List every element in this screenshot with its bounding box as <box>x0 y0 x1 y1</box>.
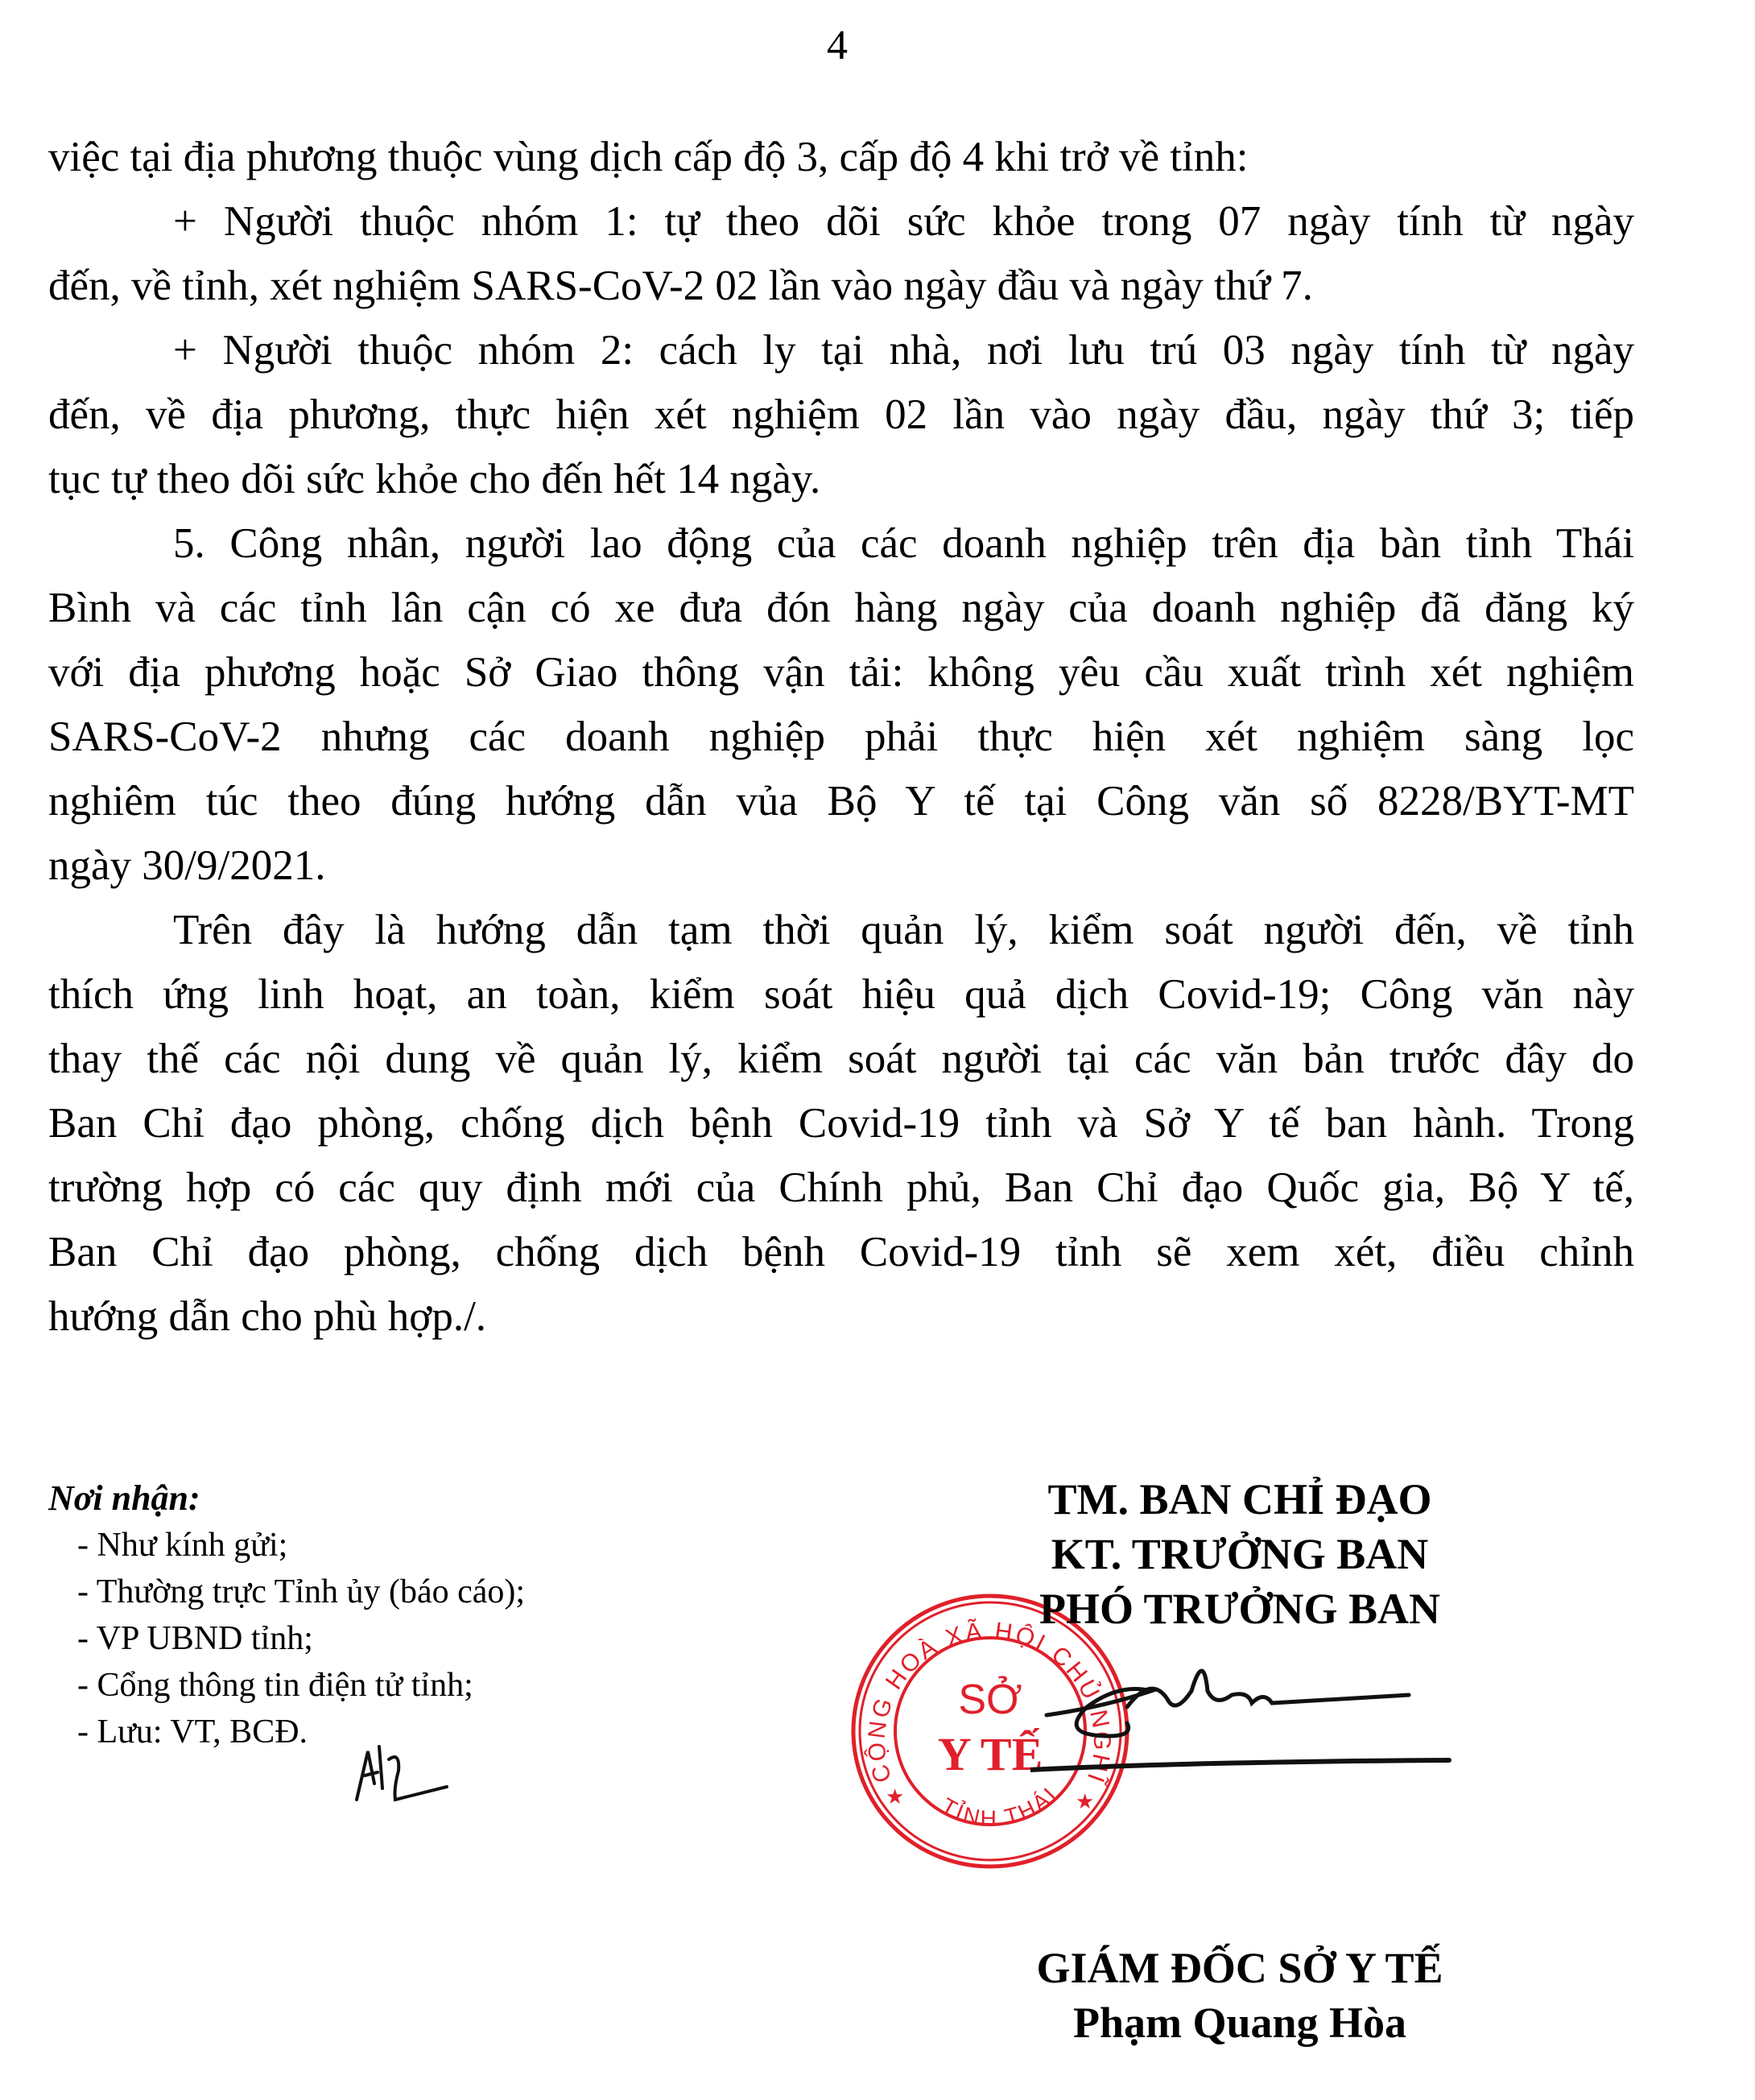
body-line: đến, về địa phương, thực hiện xét nghiệm… <box>48 382 1634 447</box>
signer-capacity: KT. TRƯỞNG BAN <box>950 1527 1530 1581</box>
recipient-item: - Cổng thông tin điện tử tỉnh; <box>48 1662 525 1709</box>
body-line: Ban Chỉ đạo phòng, chống dịch bệnh Covid… <box>48 1220 1634 1284</box>
body-line: thay thế các nội dung về quản lý, kiểm s… <box>48 1027 1634 1091</box>
body-line: Trên đây là hướng dẫn tạm thời quản lý, … <box>48 898 1634 962</box>
body-line: đến, về tỉnh, xét nghiệm SARS-CoV-2 02 l… <box>48 254 1634 318</box>
signer-position: GIÁM ĐỐC SỞ Y TẾ <box>950 1941 1530 1995</box>
recipient-item: - Như kính gửi; <box>48 1522 525 1569</box>
body-line: thích ứng linh hoạt, an toàn, kiểm soát … <box>48 962 1634 1027</box>
body-line: + Người thuộc nhóm 1: tự theo dõi sức kh… <box>48 189 1634 254</box>
body-line: 5. Công nhân, người lao động của các doa… <box>48 511 1634 576</box>
body-line: Ban Chỉ đạo phòng, chống dịch bệnh Covid… <box>48 1091 1634 1155</box>
body-line: SARS-CoV-2 nhưng các doanh nghiệp phải t… <box>48 705 1634 769</box>
signer-title: PHÓ TRƯỞNG BAN <box>950 1581 1530 1636</box>
signer-org: TM. BAN CHỈ ĐẠO <box>950 1472 1530 1527</box>
body-line: nghiêm túc theo đúng hướng dẫn vủa Bộ Y … <box>48 769 1634 833</box>
document-body: việc tại địa phương thuộc vùng dịch cấp … <box>48 125 1634 1349</box>
recipients-title: Nơi nhận: <box>48 1475 525 1522</box>
body-line: hướng dẫn cho phù hợp./. <box>48 1284 1634 1349</box>
page-number: 4 <box>0 18 1674 74</box>
svg-text:★: ★ <box>886 1784 904 1809</box>
body-line: + Người thuộc nhóm 2: cách ly tại nhà, n… <box>48 318 1634 382</box>
body-line: ngày 30/9/2021. <box>48 833 1634 898</box>
signer-name: Phạm Quang Hòa <box>950 1995 1530 2050</box>
body-line: tục tự theo dõi sức khỏe cho đến hết 14 … <box>48 447 1634 511</box>
recipient-item: - Thường trực Tỉnh ủy (báo cáo); <box>48 1569 525 1615</box>
initials-mark-icon <box>350 1735 455 1808</box>
signature-block: TM. BAN CHỈ ĐẠO KT. TRƯỞNG BAN PHÓ TRƯỞN… <box>950 1472 1530 1636</box>
handwritten-signature-icon <box>1030 1659 1481 1796</box>
body-line: với địa phương hoặc Sở Giao thông vận tả… <box>48 640 1634 705</box>
recipients-block: Nơi nhận: - Như kính gửi; - Thường trực … <box>48 1475 525 1755</box>
recipient-item: - VP UBND tỉnh; <box>48 1615 525 1662</box>
body-line: Bình và các tỉnh lân cận có xe đưa đón h… <box>48 576 1634 640</box>
body-line: trường hợp có các quy định mới của Chính… <box>48 1155 1634 1220</box>
svg-text:Y TẾ: Y TẾ <box>938 1728 1043 1780</box>
body-line: việc tại địa phương thuộc vùng dịch cấp … <box>48 125 1634 189</box>
svg-text:SỞ: SỞ <box>958 1676 1022 1723</box>
